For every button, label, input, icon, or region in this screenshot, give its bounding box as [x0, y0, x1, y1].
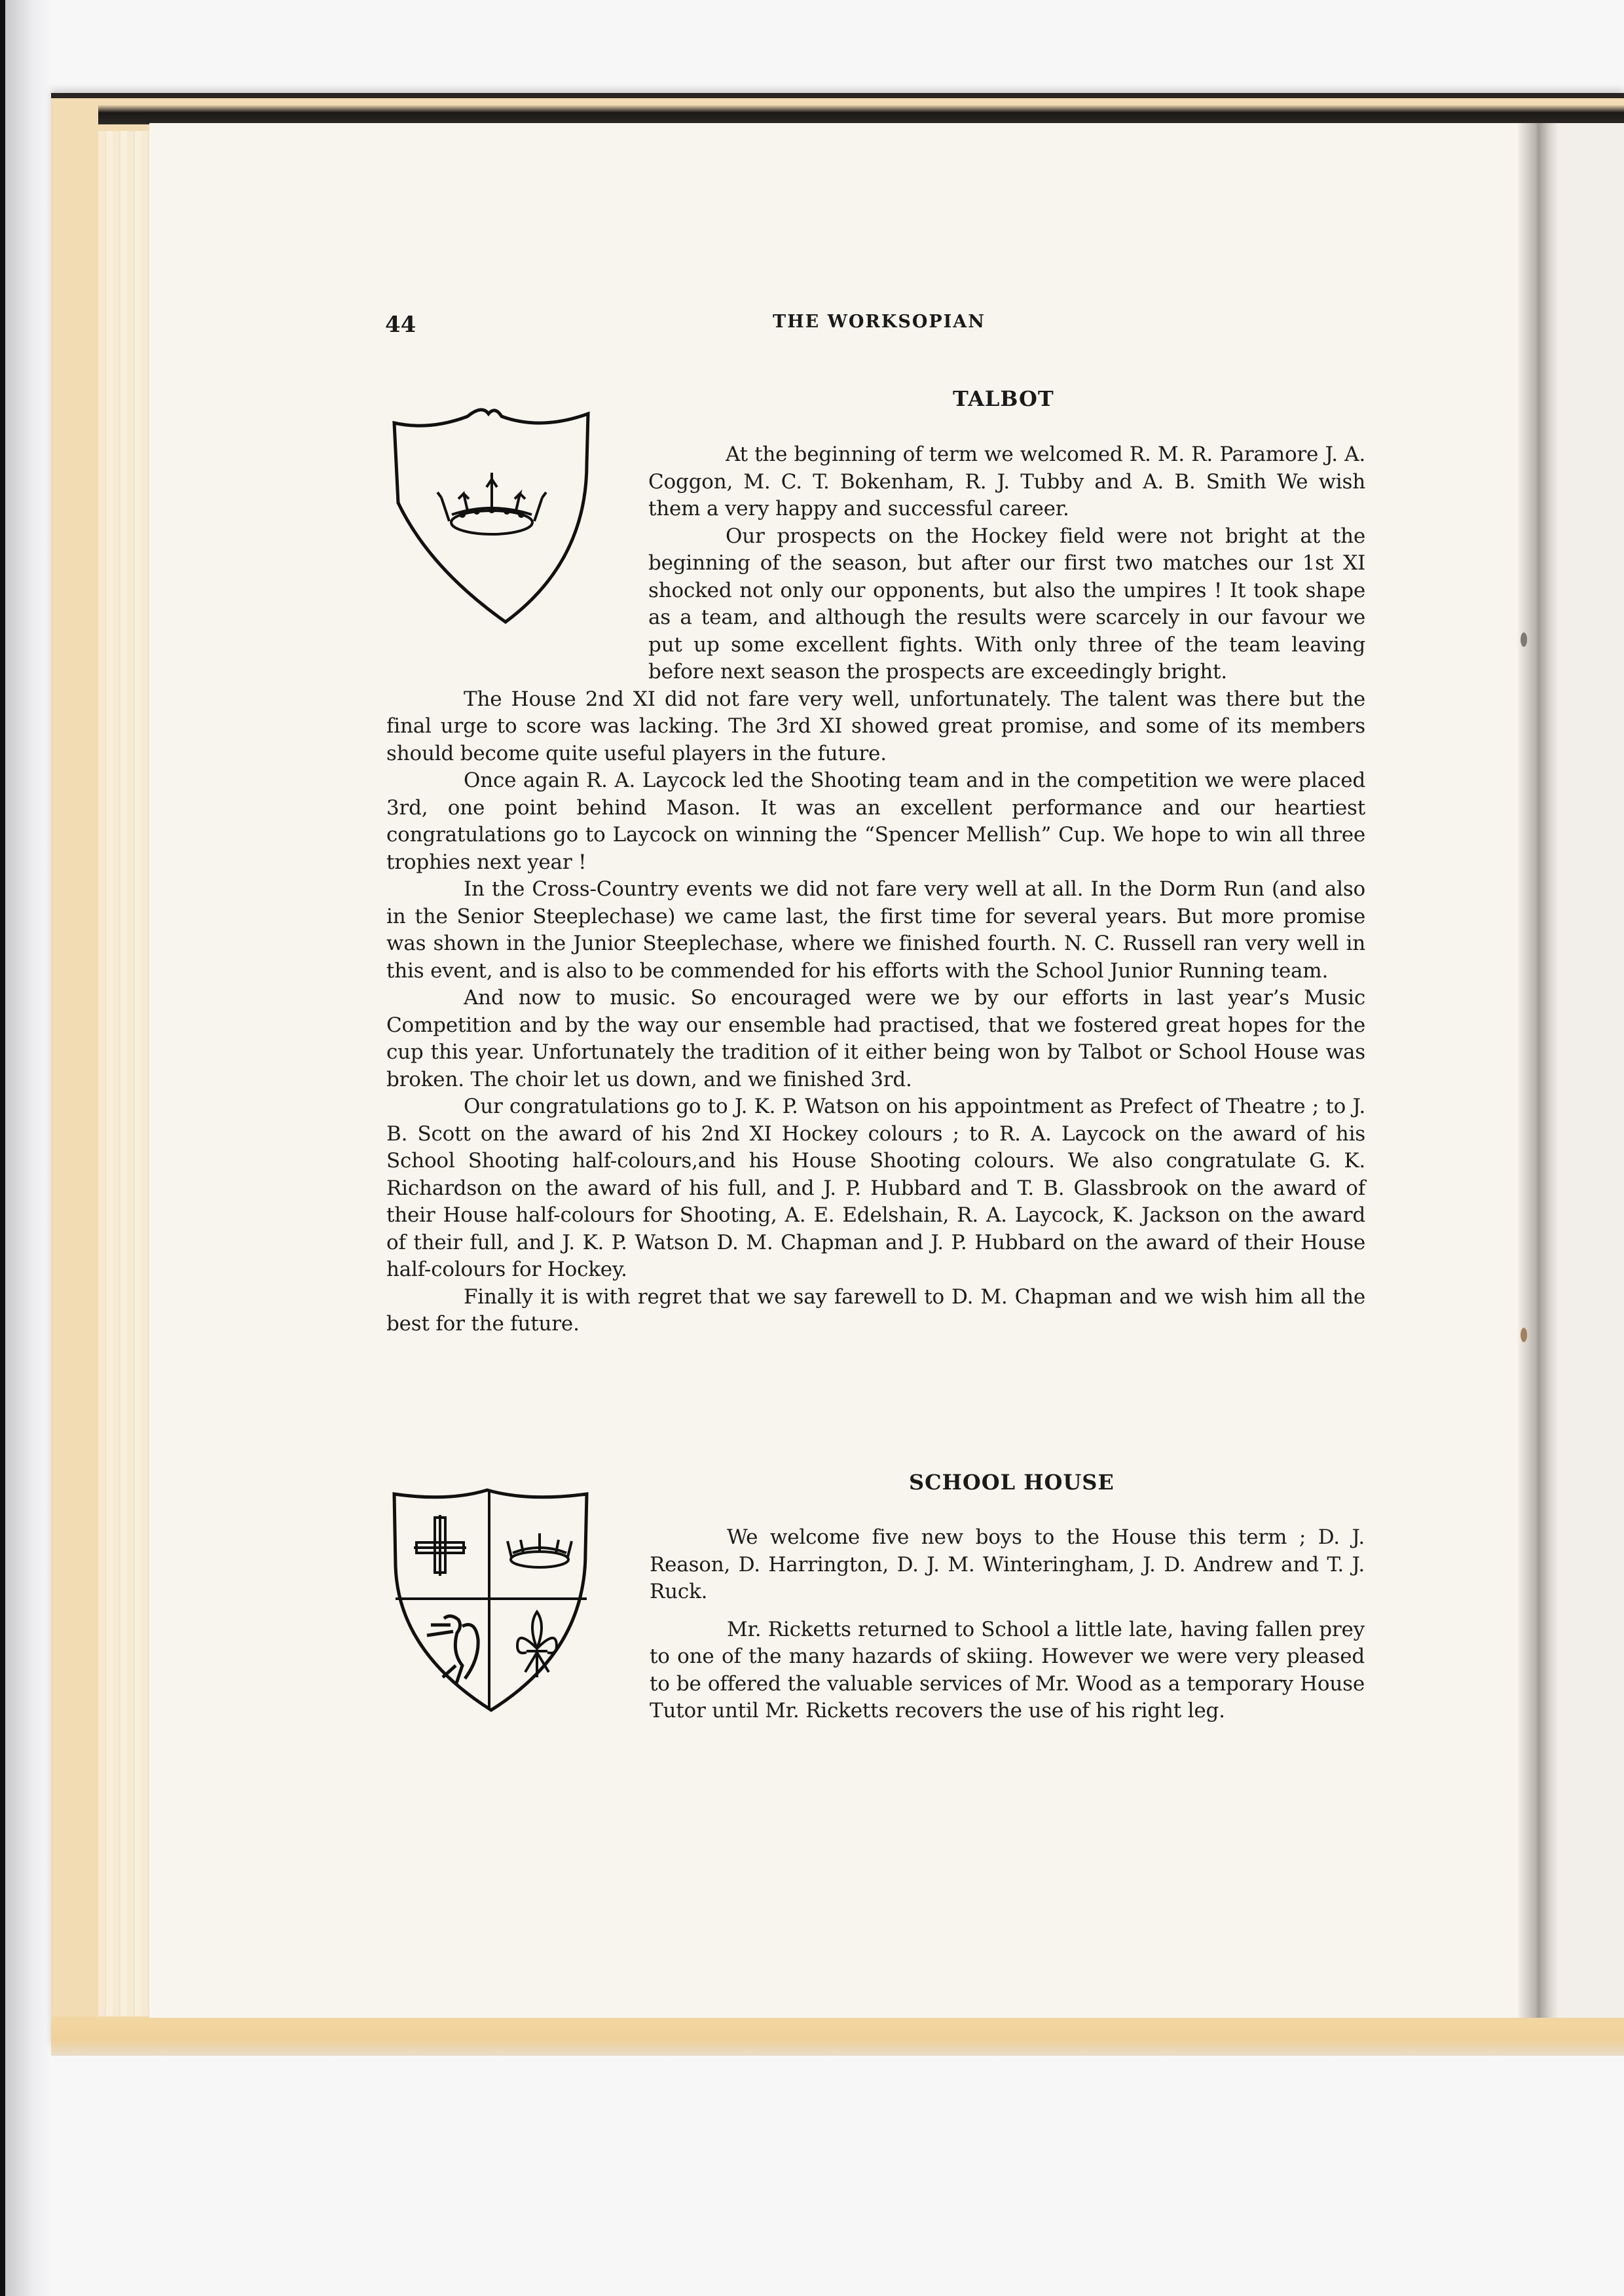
talbot-article: At the beginning of term we welcomed R. … [386, 441, 1365, 1338]
paragraph: Once again R. A. Laycock led the Shootin… [386, 767, 1365, 876]
paragraph: Our congratulations go to J. K. P. Watso… [386, 1093, 1365, 1284]
paragraph: In the Cross-Country events we did not f… [386, 876, 1365, 985]
section-title-talbot: TALBOT [953, 386, 1054, 411]
scanner-edge [0, 0, 5, 2296]
cross-icon [414, 1515, 466, 1576]
school-house-crest [389, 1487, 593, 1717]
ink-spot [1521, 632, 1527, 647]
quartered-shield-icon [389, 1487, 593, 1717]
paragraph: We welcome five new boys to the House th… [650, 1524, 1365, 1606]
book-top-edge [98, 105, 1624, 124]
crown-icon [507, 1533, 572, 1567]
page-stack-edge [98, 131, 151, 2016]
book-bottom-edge [51, 2016, 1624, 2056]
paragraph: Finally it is with regret that we say fa… [386, 1284, 1365, 1338]
running-head: THE WORKSOPIAN [773, 312, 986, 332]
fleur-de-lis-icon [517, 1612, 557, 1677]
page-number: 44 [385, 312, 416, 338]
facing-page [1557, 123, 1624, 2018]
crest-spacer [386, 441, 648, 669]
paragraph: And now to music. So encouraged were we … [386, 985, 1365, 1093]
foxing-spot [1521, 1328, 1527, 1342]
lion-icon [427, 1616, 478, 1685]
school-house-article: We welcome five new boys to the House th… [650, 1524, 1365, 1725]
page-gutter [1518, 123, 1557, 2018]
section-title-school-house: SCHOOL HOUSE [909, 1470, 1115, 1495]
scanner-shadow [5, 0, 51, 2296]
paragraph: Mr. Ricketts returned to School a little… [650, 1616, 1365, 1725]
paragraph: The House 2nd XI did not fare very well,… [386, 686, 1365, 768]
